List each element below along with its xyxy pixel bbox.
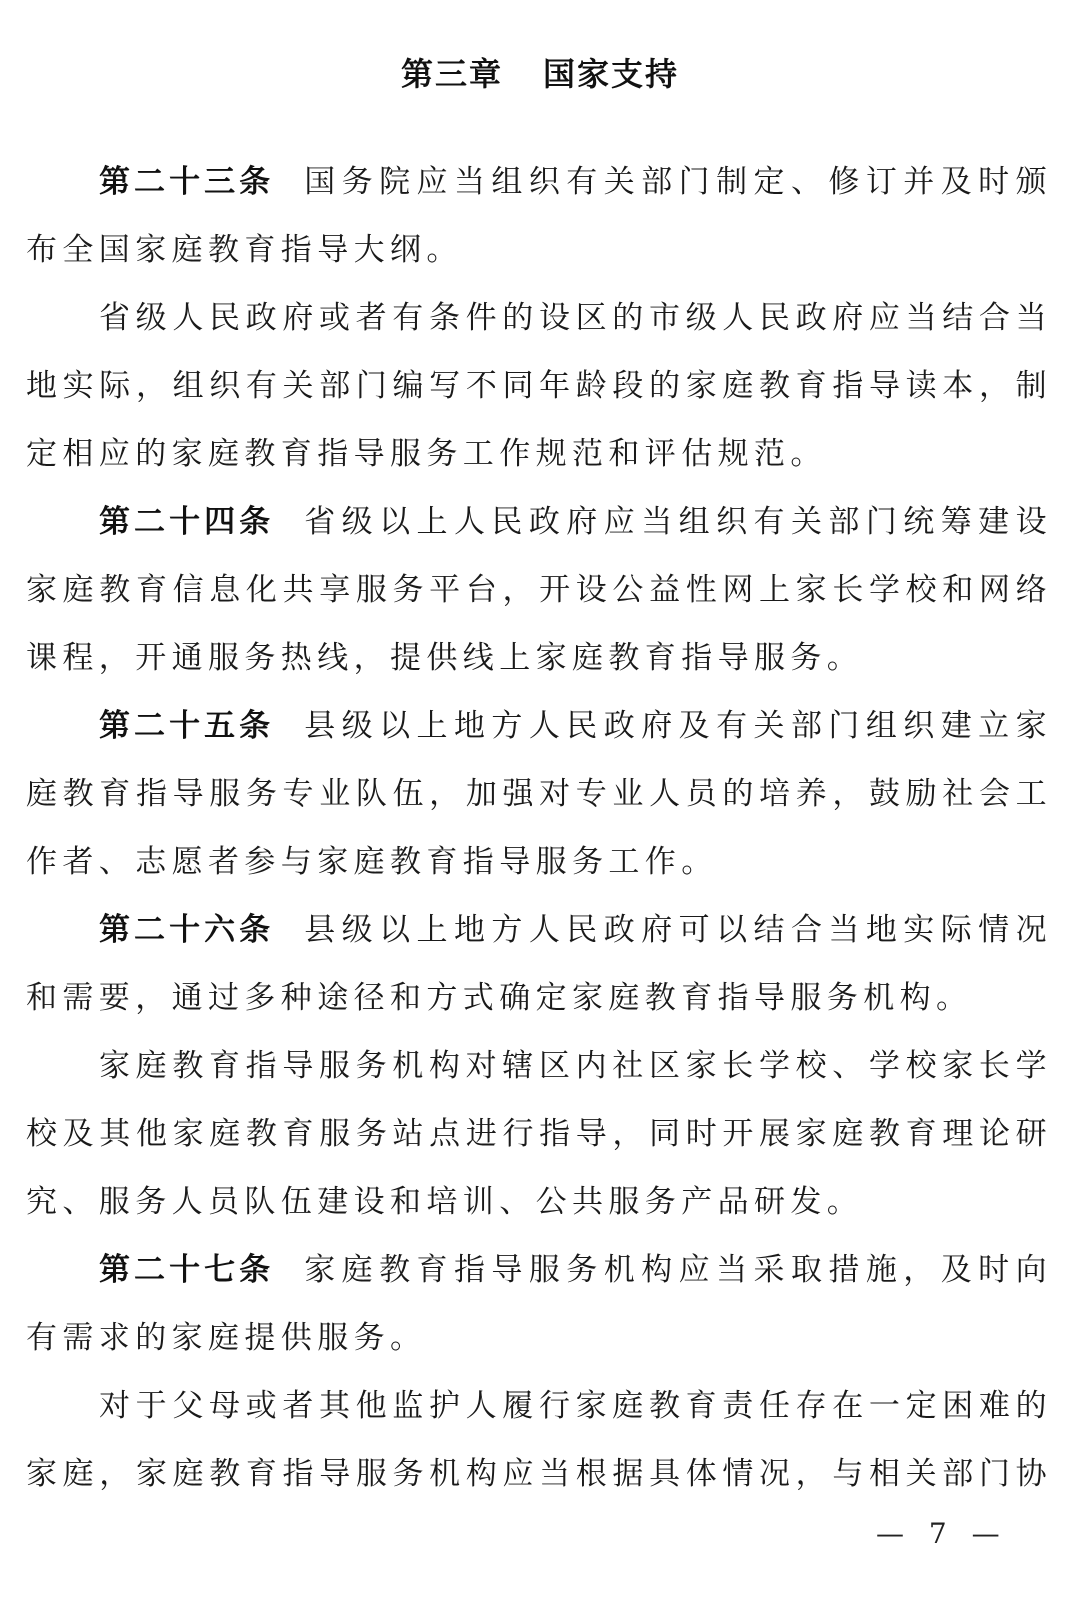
document-body: 第二十三条国务院应当组织有关部门制定、修订并及时颁布全国家庭教育指导大纲。 省级… [26,148,1052,1508]
paragraph-article-26: 第二十六条县级以上地方人民政府可以结合当地实际情况和需要，通过多种途径和方式确定… [26,896,1052,1032]
chapter-title: 第三章国家支持 [0,50,1080,98]
paragraph-article-26-cont: 家庭教育指导服务机构对辖区内社区家长学校、学校家长学校及其他家庭教育服务站点进行… [26,1032,1052,1236]
paragraph-text: 家庭教育指导服务机构对辖区内社区家长学校、学校家长学校及其他家庭教育服务站点进行… [26,1048,1052,1220]
paragraph-article-23-cont: 省级人民政府或者有条件的设区的市级人民政府应当结合当地实际，组织有关部门编写不同… [26,284,1052,488]
chapter-number: 第三章 [401,55,503,93]
article-heading: 第二十六条 [99,912,274,948]
article-heading: 第二十三条 [99,164,274,200]
article-heading: 第二十四条 [99,504,274,540]
paragraph-text: 省级人民政府或者有条件的设区的市级人民政府应当结合当地实际，组织有关部门编写不同… [26,300,1052,472]
paragraph-text: 对于父母或者其他监护人履行家庭教育责任存在一定困难的家庭，家庭教育指导服务机构应… [26,1388,1052,1492]
paragraph-article-27: 第二十七条家庭教育指导服务机构应当采取措施，及时向有需求的家庭提供服务。 [26,1236,1052,1372]
paragraph-article-24: 第二十四条省级以上人民政府应当组织有关部门统筹建设家庭教育信息化共享服务平台，开… [26,488,1052,692]
article-heading: 第二十七条 [99,1252,274,1288]
paragraph-article-23: 第二十三条国务院应当组织有关部门制定、修订并及时颁布全国家庭教育指导大纲。 [26,148,1052,284]
page-number: — 7 — [876,1514,1008,1554]
paragraph-article-25: 第二十五条县级以上地方人民政府及有关部门组织建立家庭教育指导服务专业队伍，加强对… [26,692,1052,896]
article-heading: 第二十五条 [99,708,274,744]
chapter-name: 国家支持 [543,55,679,93]
paragraph-article-27-cont: 对于父母或者其他监护人履行家庭教育责任存在一定困难的家庭，家庭教育指导服务机构应… [26,1372,1052,1508]
